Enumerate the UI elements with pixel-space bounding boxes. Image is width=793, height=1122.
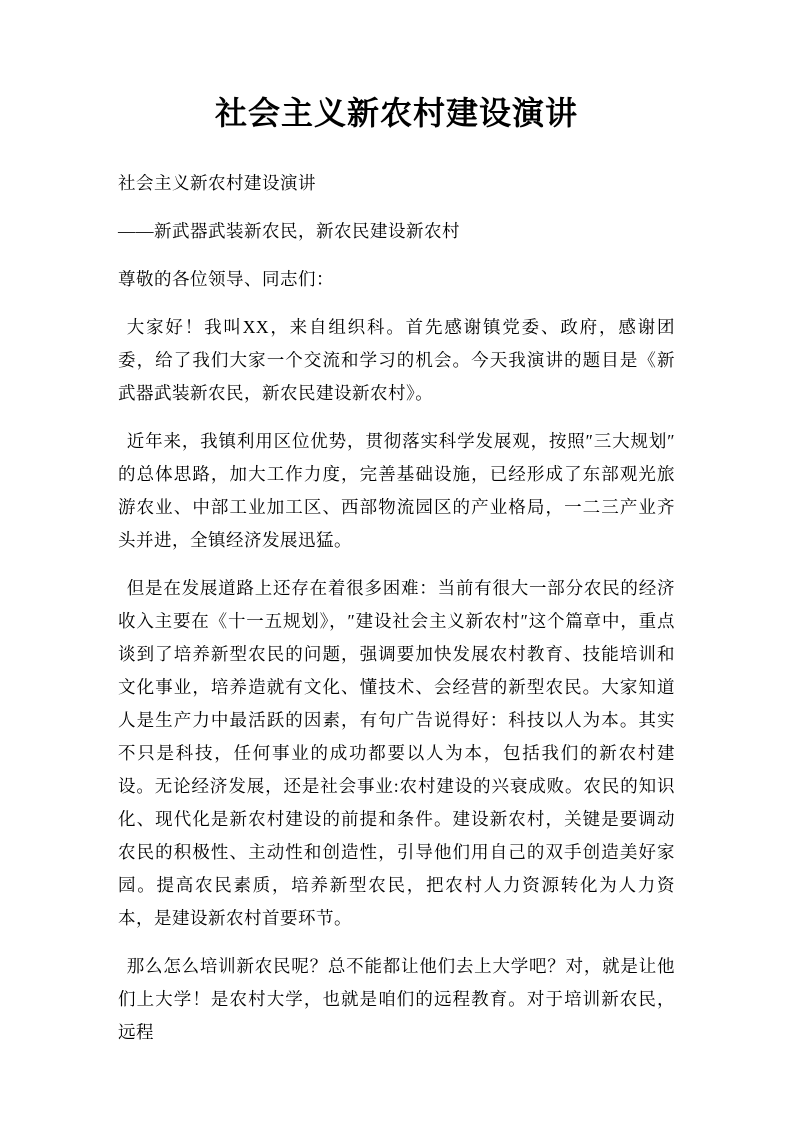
paragraph-greeting: 大家好！我叫XX，来自组织科。首先感谢镇党委、政府，感谢团委，给了我们大家一个交…: [118, 311, 675, 410]
paragraph-town-development: 近年来，我镇利用区位优势，贯彻落实科学发展观，按照″三大规划″的总体思路，加大工…: [118, 425, 675, 557]
paragraph-salutation: 尊敬的各位领导、同志们：: [118, 263, 675, 296]
paragraph-training-farmers: 那么怎么培训新农民呢？总不能都让他们去上大学吧？对，就是让他们上大学！是农村大学…: [118, 950, 675, 1049]
paragraph-subtitle: 社会主义新农村建设演讲: [118, 167, 675, 200]
paragraph-slogan: ——新武器武装新农民，新农民建设新农村: [118, 215, 675, 248]
document-page: 社会主义新农村建设演讲 社会主义新农村建设演讲 ——新武器武装新农民，新农民建设…: [0, 0, 793, 1122]
paragraph-difficulties: 但是在发展道路上还存在着很多困难：当前有很大一部分农民的经济收入主要在《十一五规…: [118, 572, 675, 935]
document-title: 社会主义新农村建设演讲: [118, 92, 675, 135]
